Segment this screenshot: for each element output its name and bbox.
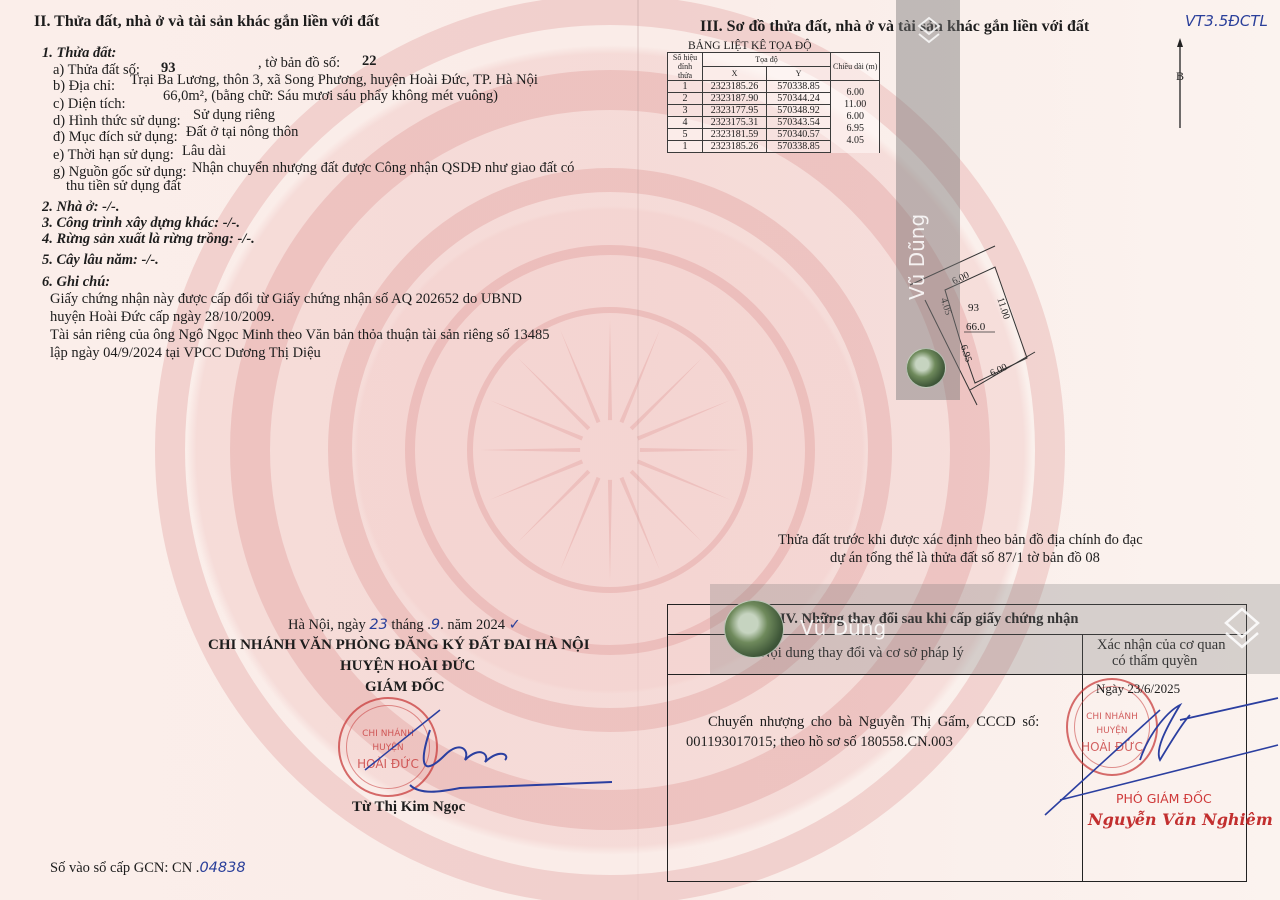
confirm-name: Nguyễn Văn Nghiêm	[1088, 811, 1273, 828]
house-item: 2. Nhà ở: -/-.	[42, 199, 119, 216]
previous-parcel-note-line1: Thửa đất trước khi được xác định theo bả…	[778, 532, 1143, 549]
land-heading: 1. Thửa đất:	[42, 45, 116, 62]
watermark-logo-icon	[915, 14, 943, 44]
section3-title: III. Sơ đồ thửa đất, nhà ở và tài sản kh…	[700, 18, 1089, 35]
term-label: e) Thời hạn sử dụng:	[53, 147, 174, 164]
other-construction-item: 3. Công trình xây dựng khác: -/-.	[42, 215, 240, 232]
length-column: 6.00 11.00 6.00 6.95 4.05	[831, 81, 880, 153]
use-form-value: Sử dụng riêng	[193, 107, 275, 124]
registry-label: Số vào sổ cấp GCN: CN .	[50, 860, 199, 876]
address-value: Trại Ba Lương, thôn 3, xã Song Phương, h…	[130, 72, 538, 89]
date-prefix: Hà Nội, ngày	[288, 617, 366, 633]
parcel-label: a) Thửa đất số:	[53, 62, 140, 79]
north-arrow-icon	[1172, 38, 1192, 133]
registry-number: 04838	[199, 860, 245, 876]
confirm-role: PHÓ GIÁM ĐỐC	[1116, 790, 1212, 807]
header-point: Số hiệu đỉnh thửa	[668, 53, 703, 81]
purpose-label: đ) Mục đích sử dụng:	[53, 129, 178, 146]
page-fold	[637, 0, 639, 900]
office-line2: HUYỆN HOÀI ĐỨC	[340, 658, 475, 675]
signing-date: Hà Nội, ngày 23 tháng .9. năm 2024 ✓	[288, 617, 521, 634]
note-line: huyện Hoài Đức cấp ngày 28/10/2009.	[50, 309, 275, 326]
production-forest-item: 4. Rừng sản xuất là rừng trồng: -/-.	[42, 231, 255, 248]
watermark-overlay-horizontal	[710, 584, 1280, 674]
sketch-parcel-area: 66.0	[966, 319, 985, 336]
purpose-value: Đất ở tại nông thôn	[186, 124, 298, 141]
north-label: B	[1176, 68, 1184, 85]
header-coord: Tọa độ	[703, 53, 831, 67]
signer-role: GIÁM ĐỐC	[365, 679, 445, 696]
watermark-logo-icon	[1220, 605, 1264, 649]
date-month-label: tháng .	[391, 617, 430, 633]
note-line: Tài sản riêng của ông Ngô Ngọc Minh theo…	[50, 327, 549, 344]
table-row: 1 2323185.26 570338.85 6.00 11.00 6.00 6…	[668, 81, 880, 93]
map-sheet-label: , tờ bản đồ số:	[258, 55, 340, 72]
address-label: b) Địa chỉ:	[53, 78, 115, 95]
area-value: 66,0m², (bằng chữ: Sáu mươi sáu phẩy khô…	[163, 88, 498, 105]
change-entry-line1: Chuyển nhượng cho bà Nguyễn Thị Gấm, CCC…	[708, 714, 1039, 731]
origin-value-line2: thu tiền sử dụng đất	[66, 178, 181, 195]
use-form-label: d) Hình thức sử dụng:	[53, 113, 181, 130]
office-line1: CHI NHÁNH VĂN PHÒNG ĐĂNG KÝ ĐẤT ĐAI HÀ N…	[208, 637, 590, 654]
sketch-parcel-number: 93	[968, 300, 979, 317]
header-y: Y	[767, 67, 831, 81]
notes-heading: 6. Ghi chú:	[42, 274, 110, 291]
change-entry-line2: 001193017015; theo hồ sơ số 180558.CN.00…	[686, 734, 953, 751]
date-year: . năm 2024	[440, 617, 505, 633]
map-sheet-value: 22	[362, 53, 377, 70]
date-month: 9	[431, 617, 440, 633]
checkmark-icon: ✓	[509, 617, 521, 633]
note-line: lập ngày 04/9/2024 tại VPCC Dương Thị Di…	[50, 345, 321, 362]
perennial-trees-item: 5. Cây lâu năm: -/-.	[42, 252, 159, 269]
date-day: 23	[369, 617, 387, 633]
header-length: Chiều dài (m)	[831, 53, 880, 81]
header-x: X	[703, 67, 767, 81]
term-value: Lâu dài	[182, 143, 226, 160]
watermark-avatar	[724, 600, 784, 658]
origin-value-line1: Nhận chuyển nhượng đất được Công nhận QS…	[192, 160, 574, 177]
handwritten-reference: VT3.5ĐCTL	[1185, 13, 1268, 30]
watermark-name: Vũ Dũng	[905, 214, 929, 300]
watermark-overlay-vertical	[896, 0, 960, 400]
previous-parcel-note-line2: dự án tổng thể là thửa đất số 87/1 tờ bả…	[830, 550, 1100, 567]
area-label: c) Diện tích:	[53, 96, 125, 113]
watermark-avatar	[906, 348, 946, 388]
watermark-name: Vũ Dũng	[800, 616, 886, 640]
coordinate-table-title: BẢNG LIỆT KÊ TỌA ĐỘ	[688, 40, 812, 52]
coordinate-table: Số hiệu đỉnh thửa Tọa độ Chiều dài (m) X…	[667, 52, 880, 153]
signature-left-icon	[350, 700, 620, 800]
note-line: Giấy chứng nhận này được cấp đổi từ Giấy…	[50, 291, 522, 308]
signer-name: Từ Thị Kim Ngọc	[352, 799, 465, 816]
section2-title: II. Thửa đất, nhà ở và tài sản khác gắn …	[34, 13, 379, 30]
registry-entry: Số vào sổ cấp GCN: CN .04838	[50, 860, 246, 877]
